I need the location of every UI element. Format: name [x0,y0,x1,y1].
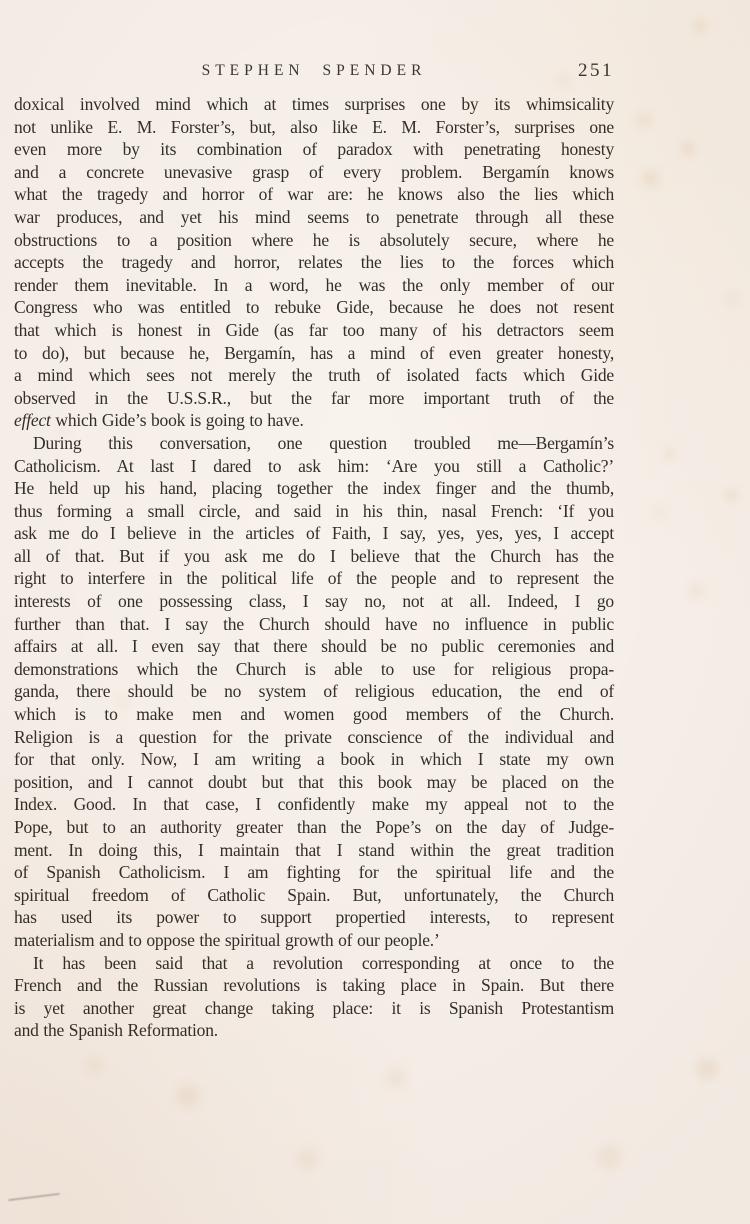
text-segment: French and the Russian revolutions is ta… [14,975,614,995]
paragraph-2: During this conversation, one question t… [14,432,614,952]
text-line: is yet another great change taking place… [14,997,614,1020]
text-line: even more by its combination of paradox … [14,138,614,161]
text-segment: is yet another great change taking place… [14,998,614,1018]
text-line: to do), but because he, Bergamín, has a … [14,342,614,365]
text-segment: for that only. Now, I am writing a book … [14,749,614,769]
foxing-spot [724,488,739,503]
text-line: interests of one possessing class, I say… [14,590,614,613]
text-segment: Religion is a question for the private c… [14,727,614,747]
text-segment: a mind which sees not merely the truth o… [14,365,614,385]
text-segment: which Gide’s book is going to have. [51,410,304,430]
text-line: not unlike E. M. Forster’s, but, also li… [14,116,614,139]
text-line: position, and I cannot doubt but that th… [14,771,614,794]
text-segment: what the tragedy and horror of war are: … [14,184,614,204]
page-header: STEPHEN SPENDER 251 [14,62,614,88]
text-line: Congress who was entitled to rebuke Gide… [14,296,614,319]
text-line: materialism and to oppose the spiritual … [14,929,614,952]
text-segment: has used its power to support propertied… [14,907,614,927]
text-line: affairs at all. I even say that there sh… [14,635,614,658]
text-segment: all of that. But if you ask me do I beli… [14,546,614,566]
text-line: French and the Russian revolutions is ta… [14,974,614,997]
text-line: right to interfere in the political life… [14,567,614,590]
text-line: Pope, but to an authority greater than t… [14,816,614,839]
text-line: that which is honest in Gide (as far too… [14,319,614,342]
foxing-spot [386,1068,406,1088]
text-line: for that only. Now, I am writing a book … [14,748,614,771]
text-segment: He held up his hand, placing together th… [14,478,614,498]
text-line: During this conversation, one question t… [14,432,614,455]
text-line: thus forming a small circle, and said in… [14,500,614,523]
text-segment: ment. In doing this, I maintain that I s… [14,840,614,860]
text-line: of Spanish Catholicism. I am fighting fo… [14,861,614,884]
text-segment: position, and I cannot doubt but that th… [14,772,614,792]
text-segment: spiritual freedom of Catholic Spain. But… [14,885,614,905]
text-segment: which is to make men and women good memb… [14,704,614,724]
text-line: has used its power to support propertied… [14,906,614,929]
text-line: It has been said that a revolution corre… [14,952,614,975]
text-segment: war produces, and yet his mind seems to … [14,207,614,227]
text-segment: materialism and to oppose the spiritual … [14,930,440,950]
text-segment: right to interfere in the political life… [14,568,614,588]
foxing-spot [636,112,652,128]
text-segment: and a concrete unevasive grasp of every … [14,162,614,182]
text-line: spiritual freedom of Catholic Spain. But… [14,884,614,907]
running-title: STEPHEN SPENDER [14,62,614,80]
text-line: doxical involved mind which at times sur… [14,93,614,116]
foxing-spot [694,20,706,32]
text-segment: further than that. I say the Church shou… [14,614,614,634]
text-segment: accepts the tragedy and horror, relates … [14,252,614,272]
text-segment: doxical involved mind which at times sur… [14,94,614,114]
text-line: demonstrations which the Church is able … [14,658,614,681]
text-segment: ganda, there should be no system of reli… [14,681,614,701]
text-segment: of Spanish Catholicism. I am fighting fo… [14,862,614,882]
text-segment: thus forming a small circle, and said in… [14,501,614,521]
text-line: ment. In doing this, I maintain that I s… [14,839,614,862]
text-line: and the Spanish Reformation. [14,1019,614,1042]
text-segment: even more by its combination of paradox … [14,139,614,159]
text-line: further than that. I say the Church shou… [14,613,614,636]
foxing-spot [642,170,659,187]
text-segment: affairs at all. I even say that there sh… [14,636,614,656]
text-segment: It has been said that a revolution corre… [33,953,614,973]
text-segment: Catholicism. At last I dared to ask him:… [14,456,614,476]
text-line: Index. Good. In that case, I confidently… [14,793,614,816]
book-page: STEPHEN SPENDER 251 doxical involved min… [0,0,750,1224]
text-segment: and the Spanish Reformation. [14,1020,218,1040]
text-line: obstructions to a position where he is a… [14,229,614,252]
foxing-spot [690,584,703,597]
foxing-spot [296,1148,318,1170]
text-segment: not unlike E. M. Forster’s, but, also li… [14,117,614,137]
text-line: render them inevitable. In a word, he wa… [14,274,614,297]
text-segment: render them inevitable. In a word, he wa… [14,275,614,295]
foxing-spot [176,1084,200,1108]
text-segment: that which is honest in Gide (as far too… [14,320,614,340]
text-segment: obstructions to a position where he is a… [14,230,614,250]
foxing-spot [654,506,665,517]
text-segment: interests of one possessing class, I say… [14,591,614,611]
text-segment: During this conversation, one question t… [33,433,614,453]
text-segment: demonstrations which the Church is able … [14,659,614,679]
text-line: a mind which sees not merely the truth o… [14,364,614,387]
foxing-spot [682,142,695,155]
text-segment: observed in the U.S.S.R., but the far mo… [14,388,614,408]
text-segment: Index. Good. In that case, I confidently… [14,794,614,814]
text-line: what the tragedy and horror of war are: … [14,183,614,206]
paragraph-1: doxical involved mind which at times sur… [14,93,614,432]
text-line: ganda, there should be no system of reli… [14,680,614,703]
text-line: Catholicism. At last I dared to ask him:… [14,455,614,478]
page-number: 251 [578,60,614,82]
text-block: doxical involved mind which at times sur… [14,93,614,1042]
foxing-spot [86,1056,104,1074]
foxing-spot [596,1144,622,1170]
text-segment: to do), but because he, Bergamín, has a … [14,343,614,363]
text-segment: Congress who was entitled to rebuke Gide… [14,297,614,317]
pencil-mark [8,1193,60,1201]
text-line: war produces, and yet his mind seems to … [14,206,614,229]
foxing-spot [726,292,739,305]
text-line: He held up his hand, placing together th… [14,477,614,500]
text-line: and a concrete unevasive grasp of every … [14,161,614,184]
text-line: Religion is a question for the private c… [14,726,614,749]
text-line: all of that. But if you ask me do I beli… [14,545,614,568]
foxing-spot [664,448,675,459]
foxing-spot [696,1058,718,1080]
text-line: effect which Gide’s book is going to hav… [14,409,614,432]
text-segment: Pope, but to an authority greater than t… [14,817,614,837]
paragraph-3: It has been said that a revolution corre… [14,952,614,1042]
text-line: which is to make men and women good memb… [14,703,614,726]
italic-text: effect [14,410,51,430]
text-line: ask me do I believe in the articles of F… [14,522,614,545]
text-line: accepts the tragedy and horror, relates … [14,251,614,274]
text-line: observed in the U.S.S.R., but the far mo… [14,387,614,410]
text-segment: ask me do I believe in the articles of F… [14,523,614,543]
